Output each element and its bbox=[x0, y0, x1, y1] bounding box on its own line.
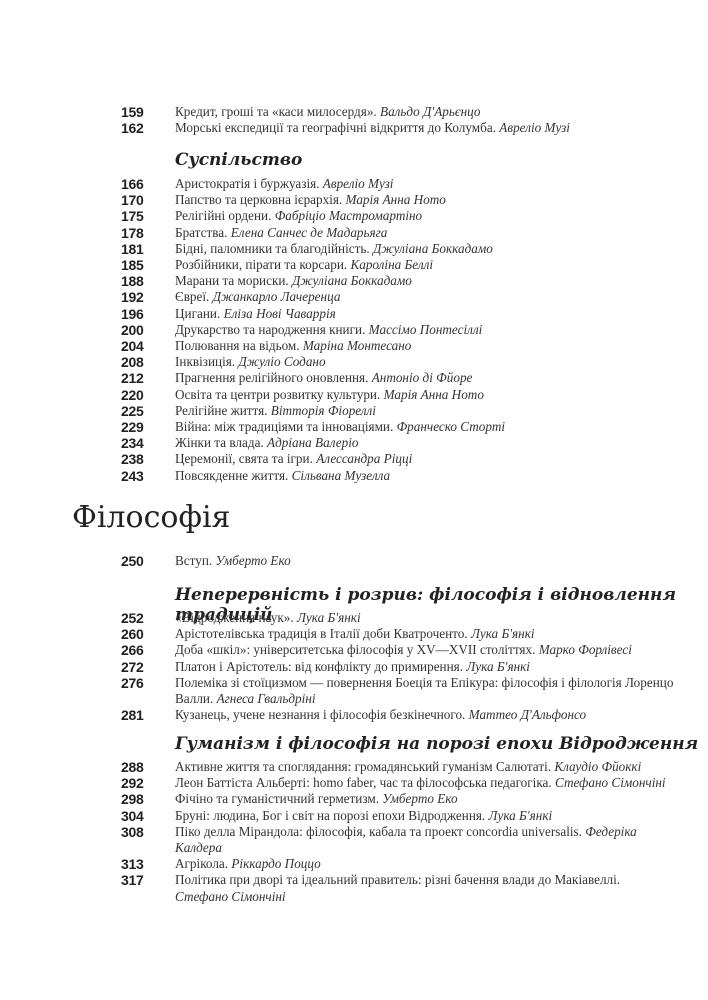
page-number: 298 bbox=[121, 791, 161, 807]
page-number: 212 bbox=[121, 370, 161, 386]
entry-title: Кредит, гроші та «каси милосердя». bbox=[175, 104, 377, 119]
entry-title: Доба «шкіл»: університетська філософія у… bbox=[175, 642, 535, 657]
entry-title: «Відродження наук». bbox=[175, 610, 294, 625]
toc-entry: 298Фічіно та гуманістичний герметизм. Ум… bbox=[0, 791, 708, 807]
toc-entry: 313Агрікола. Ріккардо Поццо bbox=[0, 856, 708, 872]
page-number: 192 bbox=[121, 289, 161, 305]
entry-title: Повсякденне життя. bbox=[175, 468, 288, 483]
page-number: 229 bbox=[121, 419, 161, 435]
toc-entry: 166Аристократія і буржуазія. Авреліо Муз… bbox=[0, 176, 708, 192]
toc-block-humanism: 288Активне життя та споглядання: громадя… bbox=[0, 759, 708, 905]
toc-entry: 225Релігійне життя. Вітторія Фіореллі bbox=[0, 403, 708, 419]
entry-title: Війна: між традиціями та інноваціями. bbox=[175, 419, 393, 434]
entry-author: Лука Б'янкі bbox=[471, 626, 535, 641]
entry-title: Вступ. bbox=[175, 553, 212, 568]
page-number: 234 bbox=[121, 435, 161, 451]
page-number: 304 bbox=[121, 808, 161, 824]
entry-author: Авреліо Музі bbox=[323, 176, 394, 191]
entry-author: Антоніо ді Фйоре bbox=[372, 370, 473, 385]
entry-author: Джуліана Боккадамо bbox=[292, 273, 412, 288]
entry-author: Лука Б'янкі bbox=[297, 610, 361, 625]
entry-author: Марія Анна Ното bbox=[346, 192, 446, 207]
toc-entry: 162 Морські експедиції та географічні ві… bbox=[0, 120, 708, 136]
entry-author: Франческо Сторті bbox=[397, 419, 505, 434]
page-number: 317 bbox=[121, 872, 161, 888]
entry-title: Платон і Арістотель: від конфлікту до пр… bbox=[175, 659, 463, 674]
entry-author: Адріана Валеріо bbox=[267, 435, 358, 450]
entry-author: Стефано Сімончіні bbox=[175, 889, 286, 904]
entry-title: Кузанець, учене незнання і філософія без… bbox=[175, 707, 465, 722]
toc-entry: 281Кузанець, учене незнання і філософія … bbox=[0, 707, 708, 723]
page-number: 243 bbox=[121, 468, 161, 484]
entry-author: Вітторія Фіореллі bbox=[271, 403, 376, 418]
entry-title: Аристократія і буржуазія. bbox=[175, 176, 320, 191]
entry-author: Агнеса Гвальдріні bbox=[217, 691, 316, 706]
entry-author: Фабріціо Мастромартіно bbox=[275, 208, 422, 223]
toc-entry: 196Цигани. Еліза Нові Чаваррія bbox=[0, 306, 708, 322]
page-number: 159 bbox=[121, 104, 161, 120]
toc-block-intro: 250 Вступ. Умберто Еко bbox=[0, 553, 708, 569]
toc-entry: 238Церемонії, свята та ігри. Алессандра … bbox=[0, 451, 708, 467]
entry-author: Марія Анна Ното bbox=[384, 387, 484, 402]
toc-entry: 243Повсякденне життя. Сільвана Музелла bbox=[0, 468, 708, 484]
entry-title: Бруні: людина, Бог і світ на порозі епох… bbox=[175, 808, 485, 823]
page-number: 181 bbox=[121, 241, 161, 257]
entry-title: Леон Баттіста Альберті: homo faber, час … bbox=[175, 775, 552, 790]
entry-author: Маттео Д'Альфонсо bbox=[469, 707, 586, 722]
entry-title: Розбійники, пірати та корсари. bbox=[175, 257, 347, 272]
entry-title: Освіта та центри розвитку культури. bbox=[175, 387, 380, 402]
entry-author: Массімо Понтесіллі bbox=[369, 322, 483, 337]
entry-author: Умберто Еко bbox=[382, 791, 457, 806]
page-number: 225 bbox=[121, 403, 161, 419]
entry-author: Алессандра Ріцці bbox=[316, 451, 412, 466]
page-number: 281 bbox=[121, 707, 161, 723]
toc-entry: 159 Кредит, гроші та «каси милосердя». В… bbox=[0, 104, 708, 120]
toc-entry: 308Піко делла Мірандола: філософія, каба… bbox=[0, 824, 708, 856]
page-number: 260 bbox=[121, 626, 161, 642]
toc-entry: 317Політика при дворі та ідеальний прави… bbox=[0, 872, 708, 904]
entry-title: Полювання на відьом. bbox=[175, 338, 300, 353]
page-number: 166 bbox=[121, 176, 161, 192]
entry-author: Еліза Нові Чаваррія bbox=[224, 306, 336, 321]
entry-title: Морські експедиції та географічні відкри… bbox=[175, 120, 496, 135]
entry-title: Євреї. bbox=[175, 289, 209, 304]
entry-author: Ріккардо Поццо bbox=[231, 856, 320, 871]
toc-entry: 234Жінки та влада. Адріана Валеріо bbox=[0, 435, 708, 451]
entry-title: Цигани. bbox=[175, 306, 220, 321]
page-number: 252 bbox=[121, 610, 161, 626]
toc-block-economy: 159 Кредит, гроші та «каси милосердя». В… bbox=[0, 104, 708, 136]
toc-entry: 250 Вступ. Умберто Еко bbox=[0, 553, 708, 569]
toc-entry: 220Освіта та центри розвитку культури. М… bbox=[0, 387, 708, 403]
page-number: 188 bbox=[121, 273, 161, 289]
entry-title: Фічіно та гуманістичний герметизм. bbox=[175, 791, 379, 806]
toc-entry: 175Релігійні ордени. Фабріціо Мастромарт… bbox=[0, 208, 708, 224]
toc-entry: 200Друкарство та народження книги. Массі… bbox=[0, 322, 708, 338]
entry-title: Братства. bbox=[175, 225, 227, 240]
subsection-heading: Гуманізм і філософія на порозі епохи Від… bbox=[175, 734, 708, 754]
toc-entry: 272Платон і Арістотель: від конфлікту до… bbox=[0, 659, 708, 675]
page-number: 220 bbox=[121, 387, 161, 403]
entry-author: Джуліана Боккадамо bbox=[373, 241, 493, 256]
toc-entry: 208Інквізиція. Джуліо Содано bbox=[0, 354, 708, 370]
toc-entry: 185Розбійники, пірати та корсари. Каролі… bbox=[0, 257, 708, 273]
toc-entry: 229Війна: між традиціями та інноваціями.… bbox=[0, 419, 708, 435]
toc-entry: 304Бруні: людина, Бог і світ на порозі е… bbox=[0, 808, 708, 824]
entry-author: Кароліна Беллі bbox=[350, 257, 433, 272]
entry-title: Бідні, паломники та благодійність. bbox=[175, 241, 370, 256]
page-number: 292 bbox=[121, 775, 161, 791]
subsection-heading-society: Суспільство bbox=[0, 150, 708, 170]
toc-entry: 252«Відродження наук». Лука Б'янкі bbox=[0, 610, 708, 626]
page-number: 170 bbox=[121, 192, 161, 208]
entry-title: Агрікола. bbox=[175, 856, 228, 871]
page-number: 238 bbox=[121, 451, 161, 467]
page-number: 288 bbox=[121, 759, 161, 775]
toc-entry: 276Полеміка зі стоїцизмом — повернення Б… bbox=[0, 675, 708, 707]
entry-author: Сільвана Музелла bbox=[292, 468, 390, 483]
page-number: 313 bbox=[121, 856, 161, 872]
toc-page: 159 Кредит, гроші та «каси милосердя». В… bbox=[0, 0, 708, 1000]
entry-title: Релігійні ордени. bbox=[175, 208, 271, 223]
entry-author: Джанкарло Лачеренца bbox=[213, 289, 341, 304]
page-number: 200 bbox=[121, 322, 161, 338]
entry-title: Арістотелівська традиція в Італії доби К… bbox=[175, 626, 468, 641]
entry-author: Маріна Монтесано bbox=[303, 338, 411, 353]
toc-block-continuity: 252«Відродження наук». Лука Б'янкі260Арі… bbox=[0, 610, 708, 723]
entry-author: Лука Б'янкі bbox=[489, 808, 553, 823]
entry-author: Елена Санчес де Мадарьяга bbox=[231, 225, 388, 240]
entry-author: Клаудіо Фйоккі bbox=[554, 759, 641, 774]
toc-entry: 181Бідні, паломники та благодійність. Дж… bbox=[0, 241, 708, 257]
entry-author: Джуліо Содано bbox=[238, 354, 325, 369]
entry-title: Релігійне життя. bbox=[175, 403, 267, 418]
entry-title: Марани та мориски. bbox=[175, 273, 289, 288]
page-number: 185 bbox=[121, 257, 161, 273]
page-number: 175 bbox=[121, 208, 161, 224]
page-number: 250 bbox=[121, 553, 161, 569]
page-number: 196 bbox=[121, 306, 161, 322]
toc-entry: 266Доба «шкіл»: університетська філософі… bbox=[0, 642, 708, 658]
page-number: 204 bbox=[121, 338, 161, 354]
entry-author: Умберто Еко bbox=[215, 553, 290, 568]
entry-title: Папство та церковна ієрархія. bbox=[175, 192, 342, 207]
entry-title: Інквізиція. bbox=[175, 354, 235, 369]
toc-entry: 292Леон Баттіста Альберті: homo faber, ч… bbox=[0, 775, 708, 791]
page-number: 162 bbox=[121, 120, 161, 136]
toc-entry: 178Братства. Елена Санчес де Мадарьяга bbox=[0, 225, 708, 241]
entry-title: Церемонії, свята та ігри. bbox=[175, 451, 313, 466]
toc-entry: 204Полювання на відьом. Маріна Монтесано bbox=[0, 338, 708, 354]
toc-block-society: 166Аристократія і буржуазія. Авреліо Муз… bbox=[0, 176, 708, 484]
page-number: 272 bbox=[121, 659, 161, 675]
subsection-heading-humanism: Гуманізм і філософія на порозі епохи Від… bbox=[0, 734, 708, 754]
toc-entry: 170Папство та церковна ієрархія. Марія А… bbox=[0, 192, 708, 208]
page-number: 208 bbox=[121, 354, 161, 370]
entry-author: Стефано Сімончіні bbox=[555, 775, 666, 790]
entry-title: Політика при дворі та ідеальний правител… bbox=[175, 872, 620, 887]
entry-author: Авреліо Музі bbox=[499, 120, 570, 135]
page-number: 178 bbox=[121, 225, 161, 241]
entry-author: Вальдо Д'Арьєнцо bbox=[380, 104, 480, 119]
toc-entry: 188Марани та мориски. Джуліана Боккадамо bbox=[0, 273, 708, 289]
toc-entry: 192Євреї. Джанкарло Лачеренца bbox=[0, 289, 708, 305]
page-number: 266 bbox=[121, 642, 161, 658]
toc-entry: 212Прагнення релігійного оновлення. Анто… bbox=[0, 370, 708, 386]
entry-title: Піко делла Мірандола: філософія, кабала … bbox=[175, 824, 582, 839]
section-title: Філософія bbox=[72, 500, 230, 535]
entry-title: Жінки та влада. bbox=[175, 435, 264, 450]
page-number: 276 bbox=[121, 675, 161, 691]
entry-author: Лука Б'янкі bbox=[466, 659, 530, 674]
entry-title: Друкарство та народження книги. bbox=[175, 322, 365, 337]
entry-title: Активне життя та споглядання: громадянсь… bbox=[175, 759, 551, 774]
toc-entry: 288Активне життя та споглядання: громадя… bbox=[0, 759, 708, 775]
entry-author: Марко Форлівесі bbox=[539, 642, 632, 657]
toc-entry: 260Арістотелівська традиція в Італії доб… bbox=[0, 626, 708, 642]
page-number: 308 bbox=[121, 824, 161, 840]
entry-title: Прагнення релігійного оновлення. bbox=[175, 370, 368, 385]
subsection-heading: Суспільство bbox=[175, 150, 708, 170]
